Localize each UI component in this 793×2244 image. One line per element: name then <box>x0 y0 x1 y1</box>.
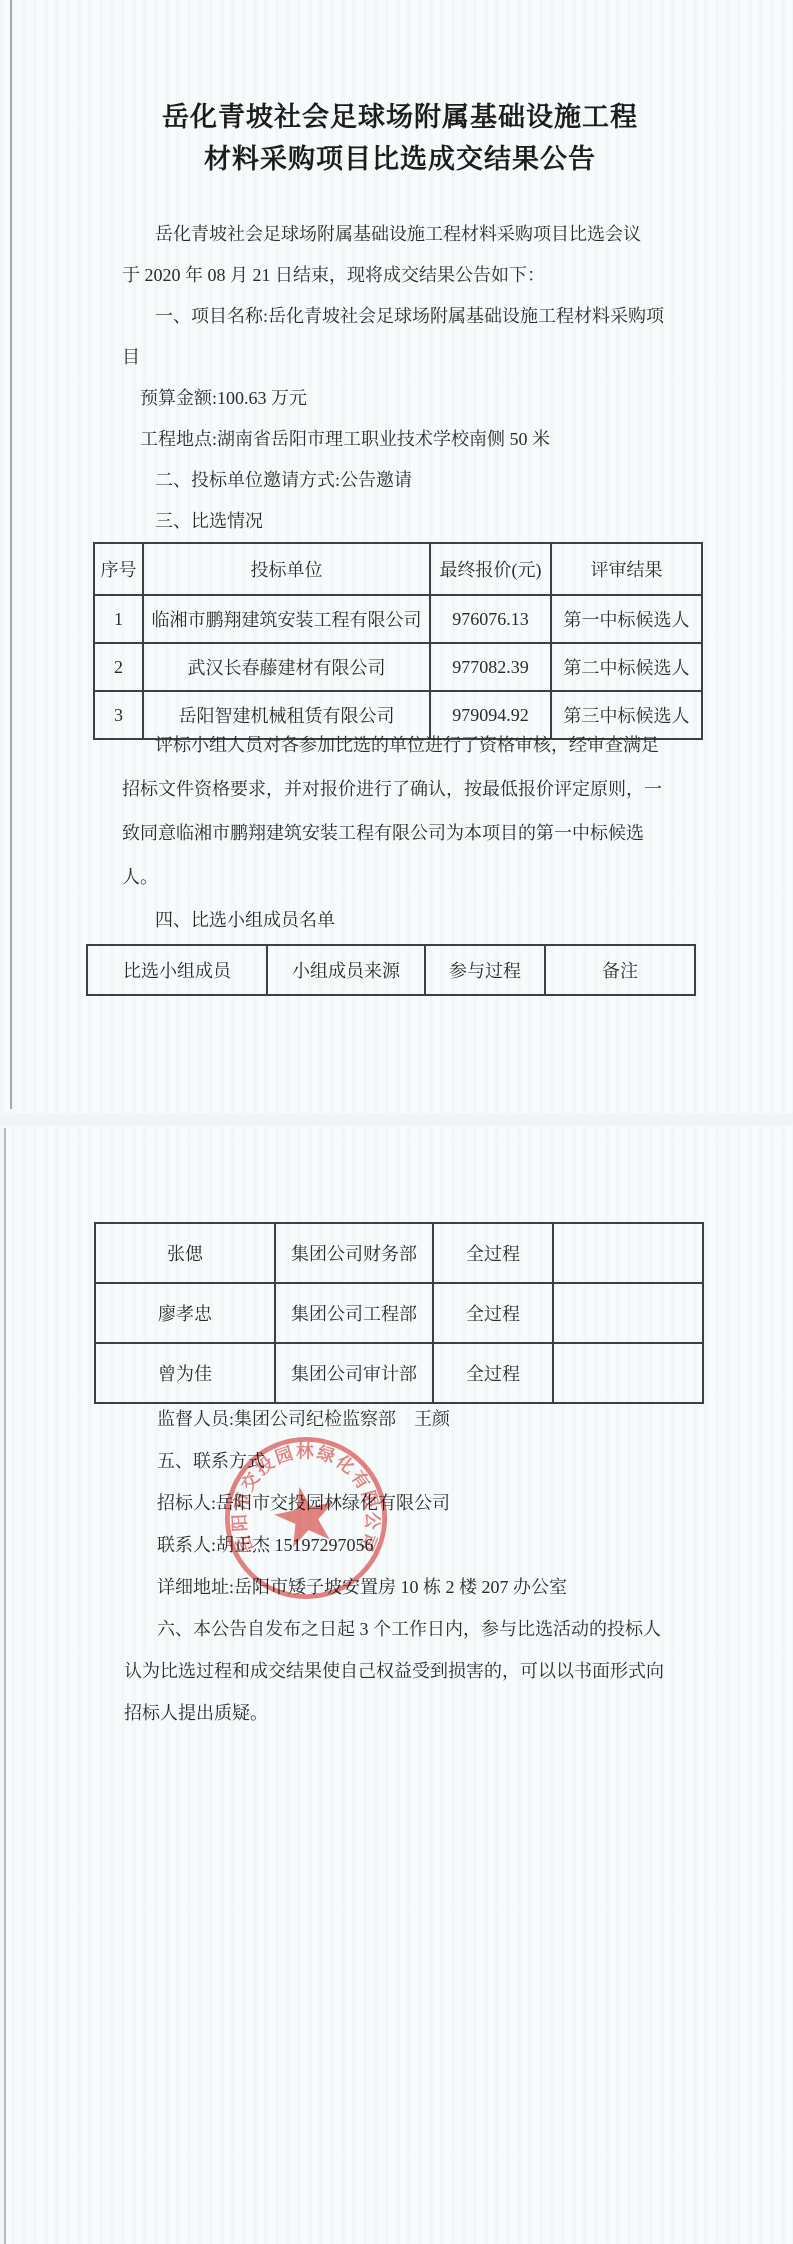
cell-remark <box>553 1343 703 1403</box>
committee-members-table: 张偲 集团公司财务部 全过程 廖孝忠 集团公司工程部 全过程 曾为佳 集团公司审… <box>94 1222 704 1404</box>
table-header-row: 序号 投标单位 最终报价(元) 评审结果 <box>94 543 702 595</box>
notice-line: 认为比选过程和成交结果使自己权益受到损害的，可以以书面形式向 <box>124 1650 724 1692</box>
cell-remark <box>553 1223 703 1283</box>
cell-result: 第一中标候选人 <box>551 595 702 643</box>
cell-process: 全过程 <box>433 1223 553 1283</box>
intro-paragraph: 岳化青坡社会足球场附属基础设施工程材料采购项目比选会议 于 2020 年 08 … <box>122 214 722 542</box>
cell-price: 977082.39 <box>430 643 551 691</box>
table-row: 廖孝忠 集团公司工程部 全过程 <box>95 1283 703 1343</box>
cell-source: 集团公司财务部 <box>275 1223 433 1283</box>
cell-result: 第二中标候选人 <box>551 643 702 691</box>
col-header-result: 评审结果 <box>551 543 702 595</box>
committee-table-header: 比选小组成员 小组成员来源 参与过程 备注 <box>86 944 696 996</box>
text-line: 致同意临湘市鹏翔建筑安装工程有限公司为本项目的第一中标候选 <box>122 811 722 855</box>
address-line: 详细地址:岳阳市矮子坡安置房 10 栋 2 楼 207 办公室 <box>124 1566 724 1608</box>
col-header-process: 参与过程 <box>425 945 545 995</box>
contact-person-line: 联系人:胡正杰 15197297056 <box>124 1524 724 1566</box>
document-title: 岳化青坡社会足球场附属基础设施工程 材料采购项目比选成交结果公告 <box>122 96 678 180</box>
cell-remark <box>553 1283 703 1343</box>
page-1: 岳化青坡社会足球场附属基础设施工程 材料采购项目比选成交结果公告 岳化青坡社会足… <box>0 0 793 1113</box>
cell-seq: 2 <box>94 643 143 691</box>
text-line: 于 2020 年 08 月 21 日结束，现将成交结果公告如下： <box>122 255 722 296</box>
cell-member: 曾为佳 <box>95 1343 275 1403</box>
cell-seq: 1 <box>94 595 143 643</box>
title-line-2: 材料采购项目比选成交结果公告 <box>122 138 678 180</box>
text-line: 人。 <box>122 855 722 899</box>
page2-text: 监督人员:集团公司纪检监察部 王颜 五、联系方式 招标人:岳阳市交投园林绿化有限… <box>124 1398 724 1734</box>
cell-price: 976076.13 <box>430 595 551 643</box>
table-header-row: 比选小组成员 小组成员来源 参与过程 备注 <box>87 945 695 995</box>
supervisor-line: 监督人员:集团公司纪检监察部 王颜 <box>124 1398 724 1440</box>
cell-member: 张偲 <box>95 1223 275 1283</box>
cell-process: 全过程 <box>433 1283 553 1343</box>
cell-bidder: 武汉长春藤建材有限公司 <box>143 643 430 691</box>
section-5-heading: 五、联系方式 <box>124 1440 724 1482</box>
title-line-1: 岳化青坡社会足球场附属基础设施工程 <box>122 96 678 138</box>
notice-line: 招标人提出质疑。 <box>124 1692 724 1734</box>
text-line: 评标小组人员对各参加比选的单位进行了资格审核，经审查满足 <box>122 723 722 767</box>
col-header-price: 最终报价(元) <box>430 543 551 595</box>
review-paragraph: 评标小组人员对各参加比选的单位进行了资格审核，经审查满足 招标文件资格要求，并对… <box>122 723 722 899</box>
text-line: 一、项目名称:岳化青坡社会足球场附属基础设施工程材料采购项 <box>122 296 722 337</box>
text-line: 工程地点:湖南省岳阳市理工职业技术学校南侧 50 米 <box>122 419 722 460</box>
text-line: 招标文件资格要求，并对报价进行了确认，按最低报价评定原则，一 <box>122 767 722 811</box>
bid-comparison-table: 序号 投标单位 最终报价(元) 评审结果 1 临湘市鹏翔建筑安装工程有限公司 9… <box>93 542 703 740</box>
scanned-document: 岳化青坡社会足球场附属基础设施工程 材料采购项目比选成交结果公告 岳化青坡社会足… <box>0 0 793 2244</box>
text-line: 三、比选情况 <box>122 501 722 542</box>
company-seal-stamp: 岳阳市交投园林绿化有限公司 <box>221 1433 391 1603</box>
col-header-member: 比选小组成员 <box>87 945 267 995</box>
cell-source: 集团公司审计部 <box>275 1343 433 1403</box>
seal-star-icon <box>270 1481 341 1550</box>
page-seam <box>0 1113 793 1126</box>
cell-member: 廖孝忠 <box>95 1283 275 1343</box>
text-line: 岳化青坡社会足球场附属基础设施工程材料采购项目比选会议 <box>122 214 722 255</box>
table-row: 2 武汉长春藤建材有限公司 977082.39 第二中标候选人 <box>94 643 702 691</box>
section-4-heading: 四、比选小组成员名单 <box>122 899 722 941</box>
col-header-seq: 序号 <box>94 543 143 595</box>
cell-bidder: 临湘市鹏翔建筑安装工程有限公司 <box>143 595 430 643</box>
tenderer-line: 招标人:岳阳市交投园林绿化有限公司 <box>124 1482 724 1524</box>
table-row: 1 临湘市鹏翔建筑安装工程有限公司 976076.13 第一中标候选人 <box>94 595 702 643</box>
page-2: 张偲 集团公司财务部 全过程 廖孝忠 集团公司工程部 全过程 曾为佳 集团公司审… <box>0 1126 793 2244</box>
text-line: 目 <box>122 337 722 378</box>
table-row: 曾为佳 集团公司审计部 全过程 <box>95 1343 703 1403</box>
table-row: 张偲 集团公司财务部 全过程 <box>95 1223 703 1283</box>
col-header-bidder: 投标单位 <box>143 543 430 595</box>
cell-source: 集团公司工程部 <box>275 1283 433 1343</box>
col-header-source: 小组成员来源 <box>267 945 425 995</box>
col-header-remark: 备注 <box>545 945 695 995</box>
text-line: 二、投标单位邀请方式:公告邀请 <box>122 460 722 501</box>
notice-line: 六、本公告自发布之日起 3 个工作日内，参与比选活动的投标人 <box>124 1608 724 1650</box>
text-line: 预算金额:100.63 万元 <box>122 378 722 419</box>
cell-process: 全过程 <box>433 1343 553 1403</box>
